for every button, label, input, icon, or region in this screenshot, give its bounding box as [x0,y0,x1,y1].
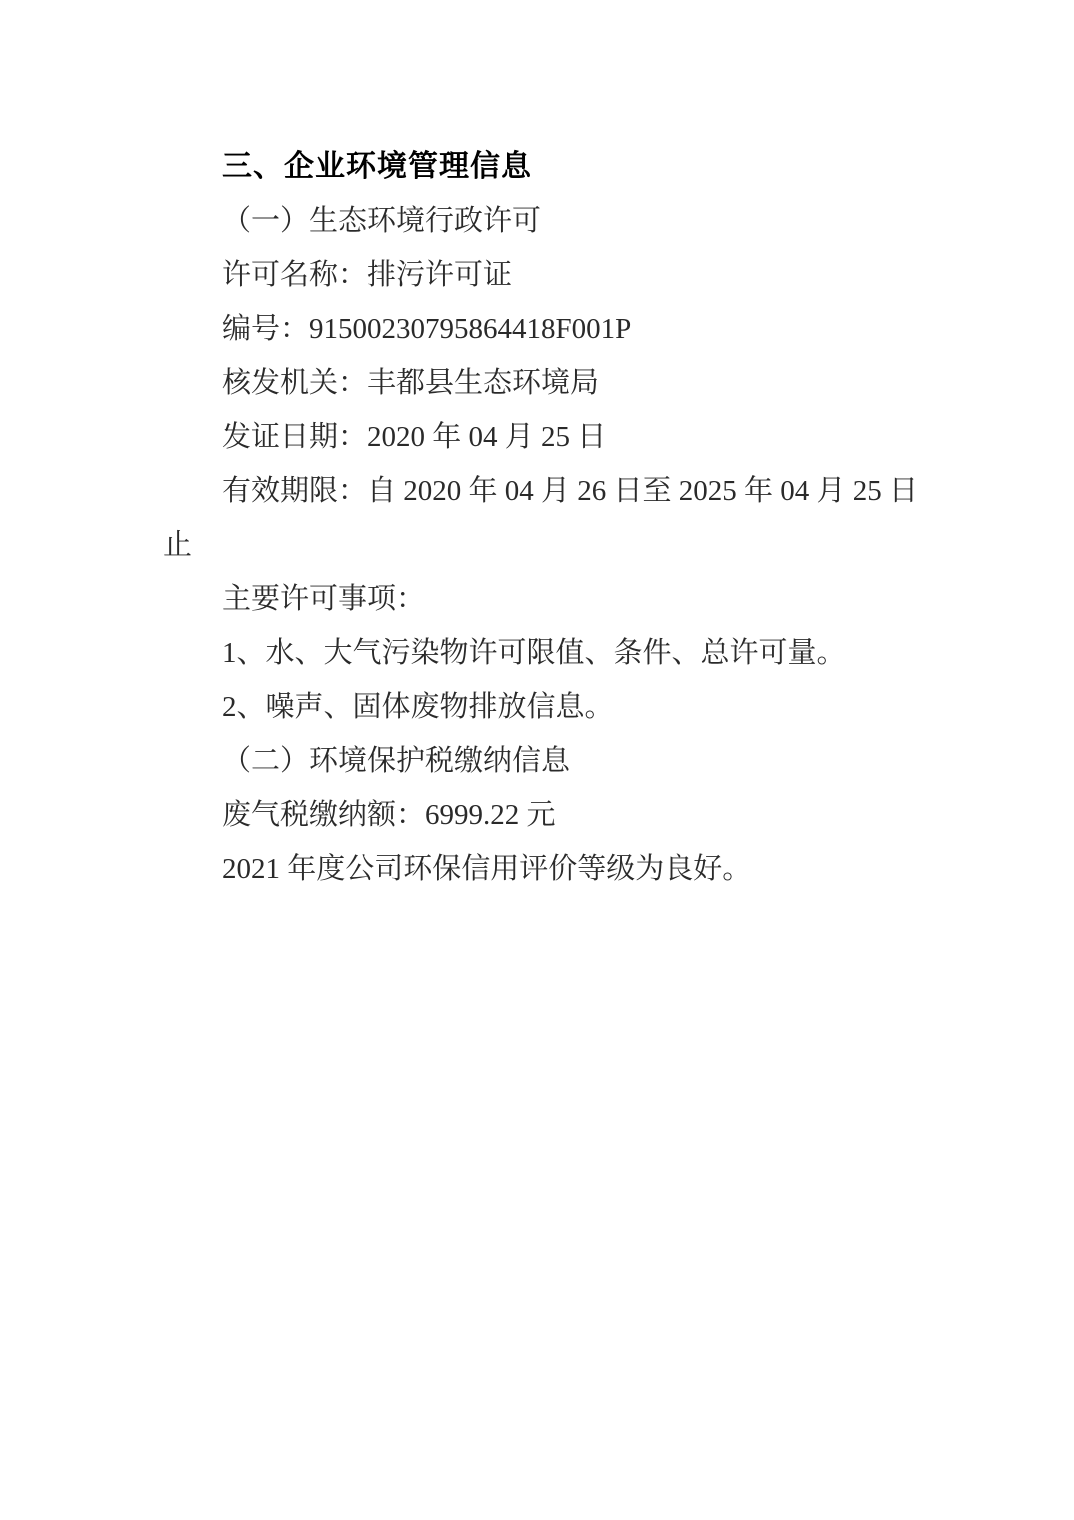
section-heading: 三、企业环境管理信息 [163,140,938,194]
permit-item-2: 2、噪声、固体废物排放信息。 [163,680,938,734]
validity-period-line: 有效期限：自 2020 年 04 月 26 日至 2025 年 04 月 25 … [163,464,938,518]
license-name-line: 许可名称：排污许可证 [163,248,938,302]
validity-period-wrap-line: 止 [163,518,938,572]
issuing-authority-line: 核发机关：丰都县生态环境局 [163,356,938,410]
license-number-line: 编号：91500230795864418F001P [163,302,938,356]
issue-date-line: 发证日期：2020 年 04 月 25 日 [163,410,938,464]
permit-item-1: 1、水、大气污染物许可限值、条件、总许可量。 [163,626,938,680]
subsection-2-heading: （二）环境保护税缴纳信息 [163,734,938,788]
gas-tax-paid-line: 废气税缴纳额：6999.22 元 [163,788,938,842]
main-permit-items-label: 主要许可事项： [163,572,938,626]
credit-rating-line: 2021 年度公司环保信用评价等级为良好。 [163,842,938,896]
subsection-1-heading: （一）生态环境行政许可 [163,194,938,248]
document-page: 三、企业环境管理信息 （一）生态环境行政许可 许可名称：排污许可证 编号：915… [0,0,1074,1520]
document-content: 三、企业环境管理信息 （一）生态环境行政许可 许可名称：排污许可证 编号：915… [163,140,938,896]
